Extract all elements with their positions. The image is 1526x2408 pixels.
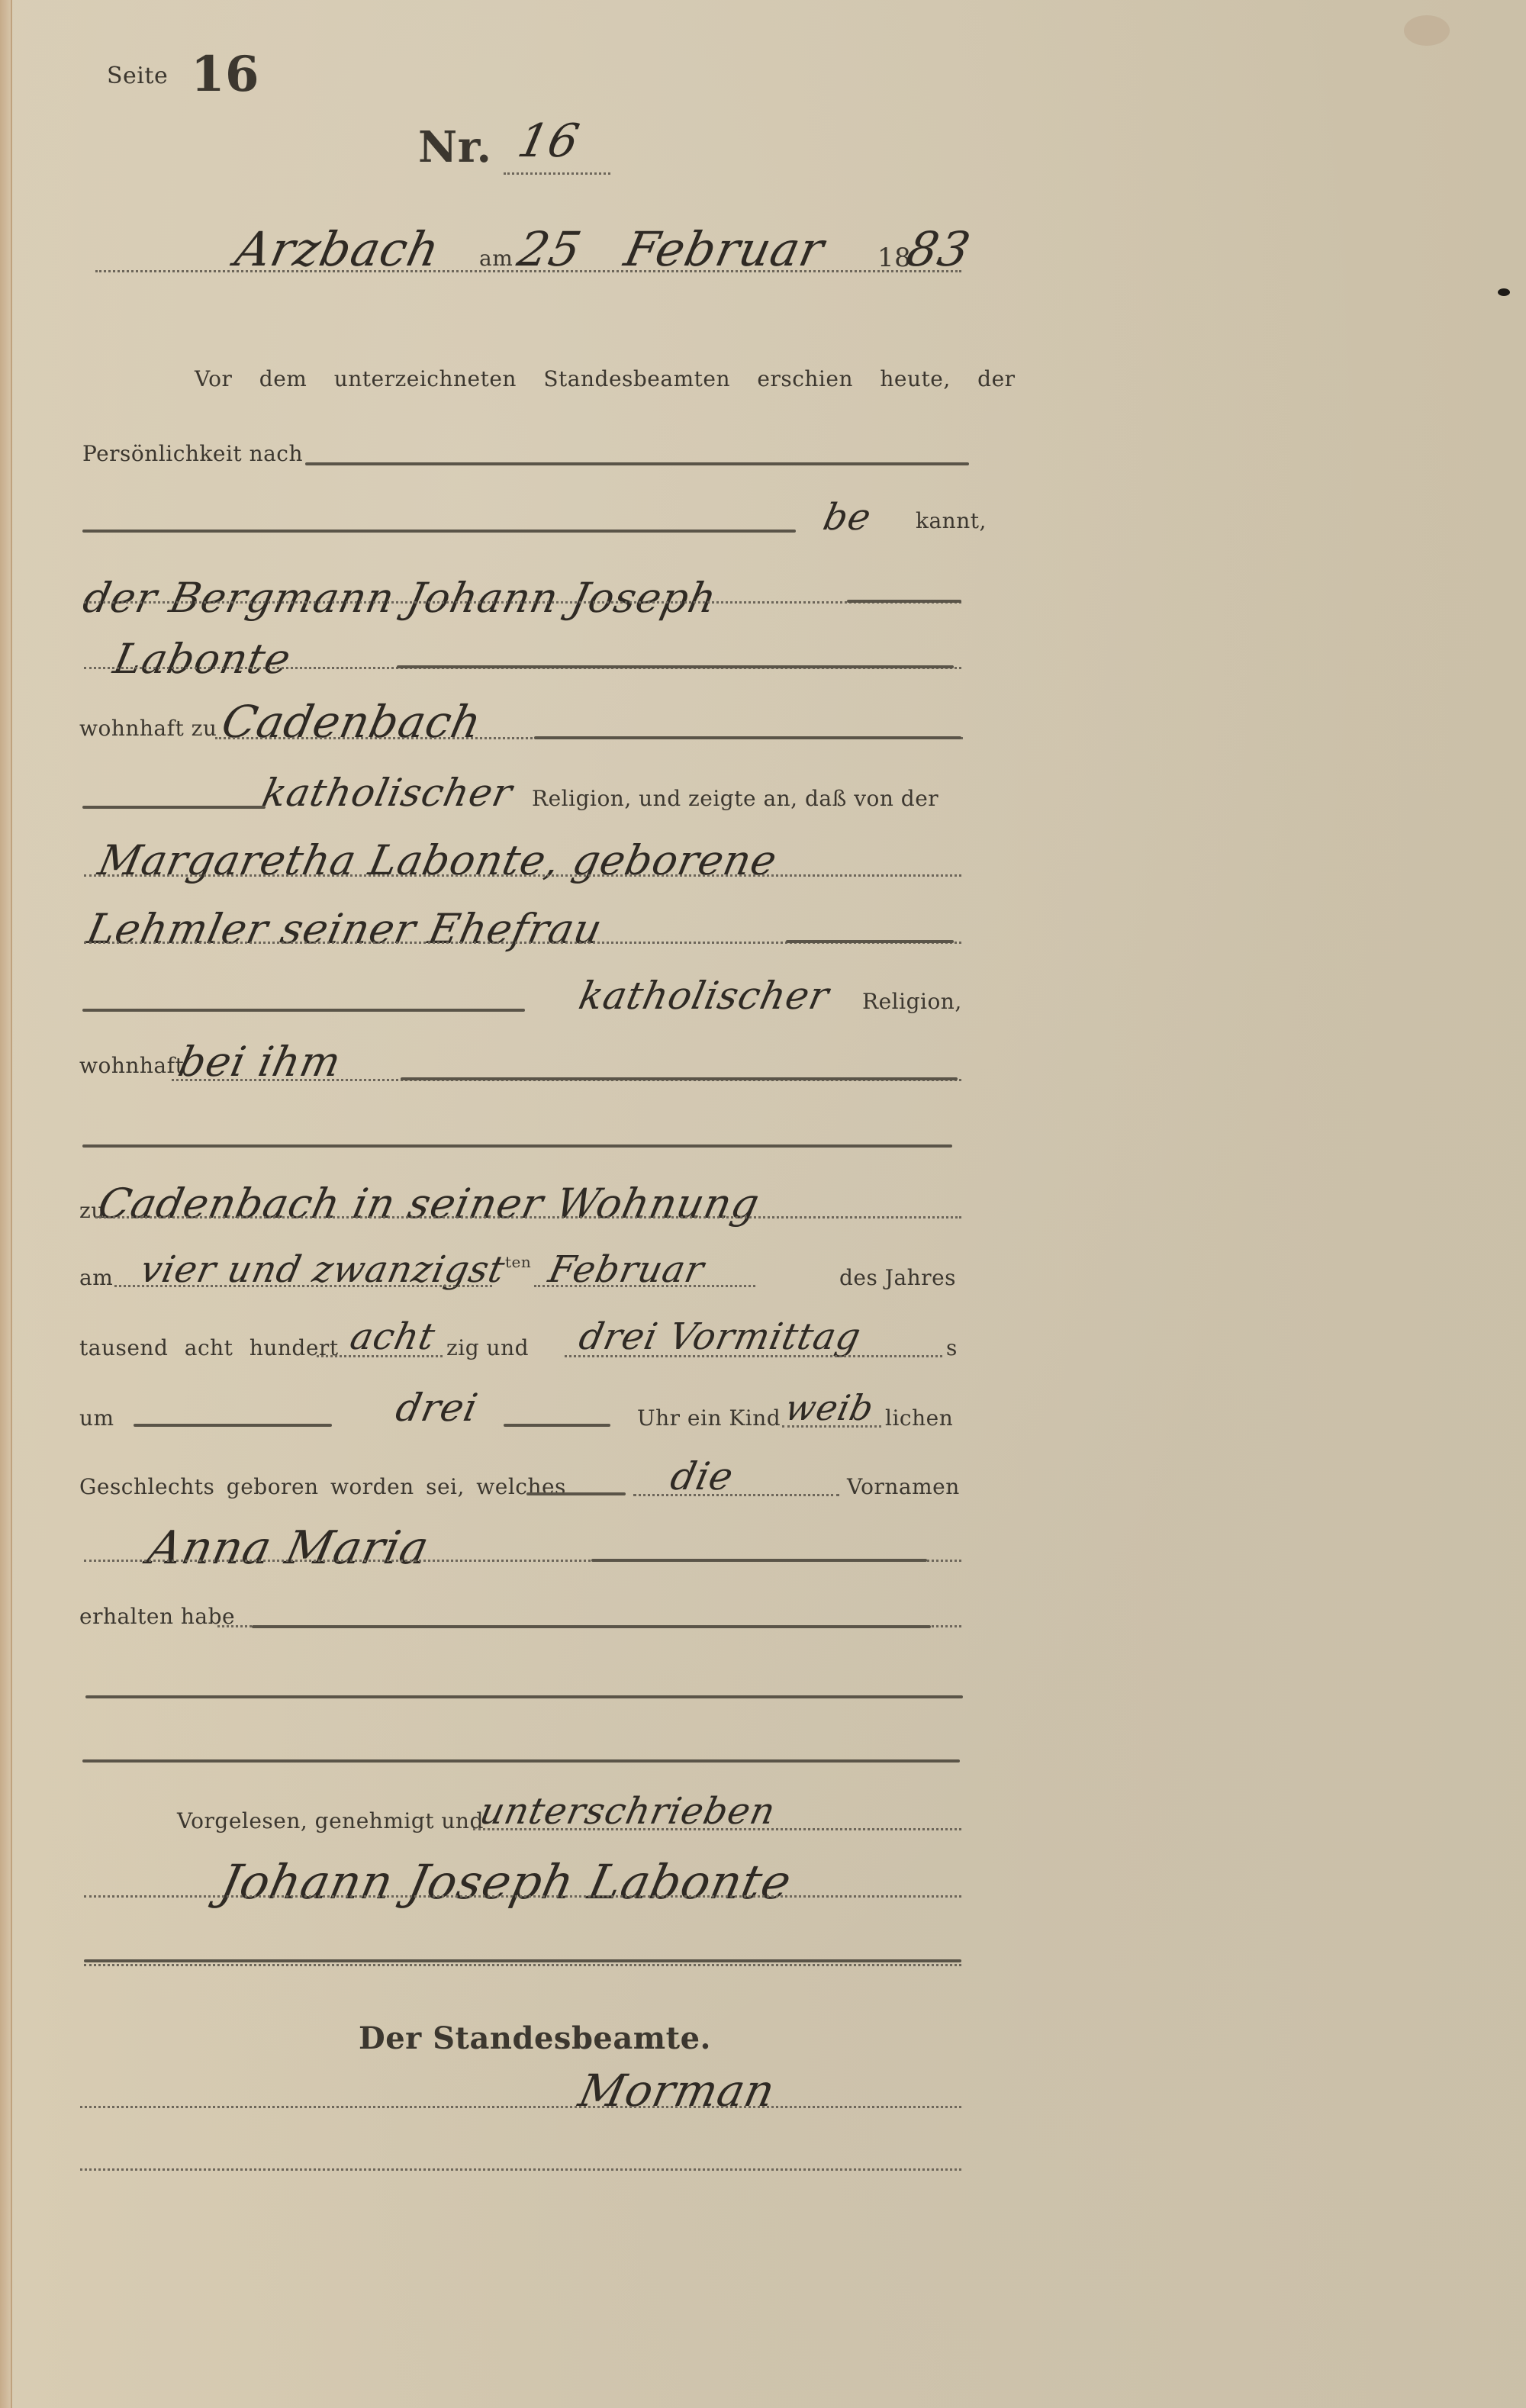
dotted-line <box>80 2106 961 2108</box>
wohnhaft-zu-value: Cadenbach <box>217 696 487 748</box>
uhr-kind: Uhr ein Kind <box>637 1405 781 1431</box>
dotted-line <box>114 1285 492 1287</box>
registrar-signature: Morman <box>575 2065 780 2117</box>
des-jahres: des Jahres <box>839 1265 956 1290</box>
vornamen-article: die <box>667 1454 738 1499</box>
um-label: um <box>79 1405 114 1431</box>
vorgelesen-label: Vorgelesen, genehmigt und <box>177 1808 484 1833</box>
religion1-value: katholischer <box>259 771 517 815</box>
month-value: Februar <box>620 221 829 277</box>
dotted-line <box>84 601 961 604</box>
wohnhaft-zu-label: wohnhaft zu <box>79 716 217 741</box>
dotted-line <box>84 1964 961 1966</box>
religion2-value: katholischer <box>575 974 833 1018</box>
strike-line <box>82 530 796 533</box>
dotted-line <box>633 1494 839 1496</box>
religion1-print: Religion, und zeigte an, daß von der <box>532 786 938 811</box>
child-name: Anna Maria <box>143 1521 434 1575</box>
dotted-line <box>95 1216 961 1218</box>
dotted-line <box>84 1895 961 1898</box>
decade-value: acht <box>346 1315 439 1358</box>
dotted-line <box>782 1425 881 1428</box>
place-value: Arzbach <box>230 221 445 277</box>
strike-line <box>534 736 961 739</box>
mother-line1: Margaretha Labonte, geborene <box>94 836 781 884</box>
dotted-line <box>80 2168 961 2171</box>
record-number: 16 <box>513 114 584 168</box>
mother-line2: Lehmler seiner Ehefrau <box>82 905 607 953</box>
nr-label: Nr. <box>418 122 492 172</box>
strike-line <box>134 1424 332 1427</box>
bekannt-hand: be <box>819 496 875 539</box>
paper-stain <box>1404 15 1450 46</box>
page-edge <box>0 0 12 2408</box>
strike-line <box>591 1559 927 1562</box>
religion2-print: Religion, <box>862 989 962 1014</box>
seite-label: Seite <box>107 63 168 89</box>
year-suffix: 83 <box>902 221 975 277</box>
unit-value: drei Vormittag <box>575 1315 864 1358</box>
dotted-line <box>317 1355 443 1357</box>
intro-text: Vor dem unterzeichneten Standesbeamten e… <box>195 366 1016 391</box>
seite-number: 16 <box>191 46 259 103</box>
ink-speck <box>1498 288 1510 296</box>
strike-line <box>85 1695 963 1698</box>
sex-value: weib <box>781 1387 877 1428</box>
strike-line <box>82 1759 960 1763</box>
hour-value: drei <box>392 1386 482 1430</box>
vornamen-label: Vornamen <box>847 1474 960 1499</box>
am-label: am <box>79 1265 113 1290</box>
strike-line <box>504 1424 610 1427</box>
persoenlichkeit-label: Persönlichkeit nach <box>82 441 303 466</box>
strike-line <box>82 1009 525 1012</box>
strike-line <box>84 1959 961 1962</box>
dotted-line <box>84 874 961 877</box>
strike-line <box>82 1144 952 1148</box>
strike-line <box>526 1492 626 1495</box>
informant-line1: der Bergmann Johann Joseph <box>79 574 721 622</box>
dotted-line <box>565 1355 942 1357</box>
strike-line <box>82 806 266 809</box>
ten-suffix: ten <box>505 1253 531 1271</box>
strike-line <box>397 665 954 668</box>
zig-und: zig und <box>446 1335 529 1360</box>
tausend-label: tausend acht hundert <box>79 1335 339 1360</box>
s-suffix: s <box>946 1335 958 1360</box>
vorgelesen-value: unterschrieben <box>476 1790 780 1833</box>
zu-value: Cadenbach in seiner Wohnung <box>94 1180 764 1228</box>
strike-line <box>401 1077 958 1080</box>
wohnhaft-label: wohnhaft <box>79 1053 184 1078</box>
strike-line <box>252 1625 931 1628</box>
strike-line <box>847 600 961 603</box>
day-value: 25 <box>513 221 586 277</box>
dotted-line <box>473 1828 961 1830</box>
standesbeamte-label: Der Standesbeamte. <box>359 2020 711 2056</box>
informant-signature: Johann Joseph Labonte <box>215 1854 797 1910</box>
geschlechts-label: Geschlechts geboren worden sei, welches <box>79 1474 566 1499</box>
dotted-line <box>504 172 610 175</box>
lichen-suffix: lichen <box>885 1405 953 1431</box>
erhalten-label: erhalten habe <box>79 1604 235 1629</box>
informant-line2: Labonte <box>109 635 295 683</box>
am-label: am <box>479 246 513 271</box>
dotted-line <box>534 1285 755 1287</box>
strike-line <box>786 940 954 943</box>
bekannt-print: kannt, <box>916 508 987 533</box>
strike-line <box>305 462 969 465</box>
